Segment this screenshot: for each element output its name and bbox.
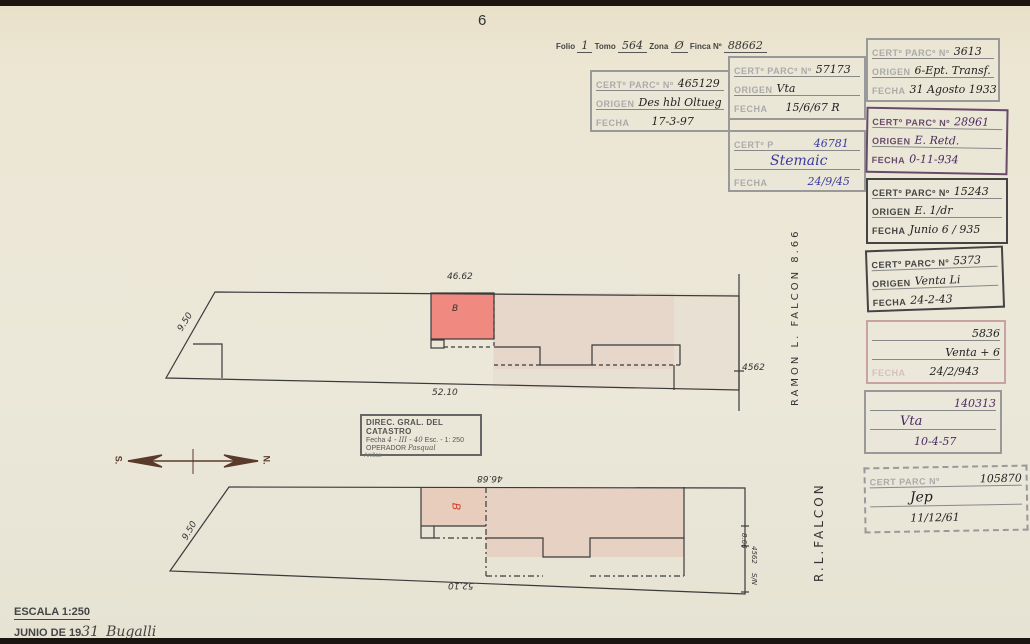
catastro-fecha-label: Fecha <box>366 437 385 444</box>
dim-right-bottom-1: 8.66 <box>740 533 748 549</box>
dim-right-bottom-2: 4562 <box>750 546 758 564</box>
drawing-date: JUNIO DE 1931 Bugalli <box>14 624 156 638</box>
compass-south-label: S. <box>113 456 123 465</box>
compass-north-label: N. <box>262 456 272 465</box>
catastro-sub: Anillas <box>364 453 382 459</box>
dim-front-top: 46.62 <box>447 272 473 282</box>
street-name-bottom: R.L.FALCON <box>812 482 826 582</box>
catastro-stamp: DIREC. GRAL. DEL CATASTRO Fecha 4 - III … <box>360 414 482 456</box>
dim-right-bottom-3: S/N <box>750 573 758 585</box>
signature: Bugalli <box>106 624 156 638</box>
dim-back-bottom: 52.10 <box>448 580 474 590</box>
dim-right-top: 4562 <box>742 363 765 373</box>
north-arrow <box>128 449 258 474</box>
catastro-fecha-value: 4 - III - 40 <box>387 436 422 444</box>
catastro-title: DIREC. GRAL. DEL CATASTRO <box>366 418 476 436</box>
cadastral-plans <box>0 6 1030 638</box>
street-name-top: RAMON L. FALCON 8.66 <box>790 229 801 407</box>
cadastral-sheet: 6 Folio 1 Tomo 564 Zona Ø Finca Nº 88662… <box>0 6 1030 638</box>
catastro-operador-value: Pasqual <box>408 444 436 452</box>
lot-label-bottom: B <box>449 503 462 511</box>
catastro-escala: Esc. - 1: 250 <box>425 437 464 444</box>
drawing-date-year: 31 <box>81 624 99 638</box>
catastro-operador-label: OPERADOR <box>366 445 406 452</box>
dim-front-bottom: 46.68 <box>477 473 503 483</box>
drawing-date-label: JUNIO DE 19 <box>14 627 81 638</box>
lot-label-top: B <box>452 304 458 314</box>
dim-back-top: 52.10 <box>432 388 458 398</box>
scale-label: ESCALA 1:250 <box>14 606 90 620</box>
